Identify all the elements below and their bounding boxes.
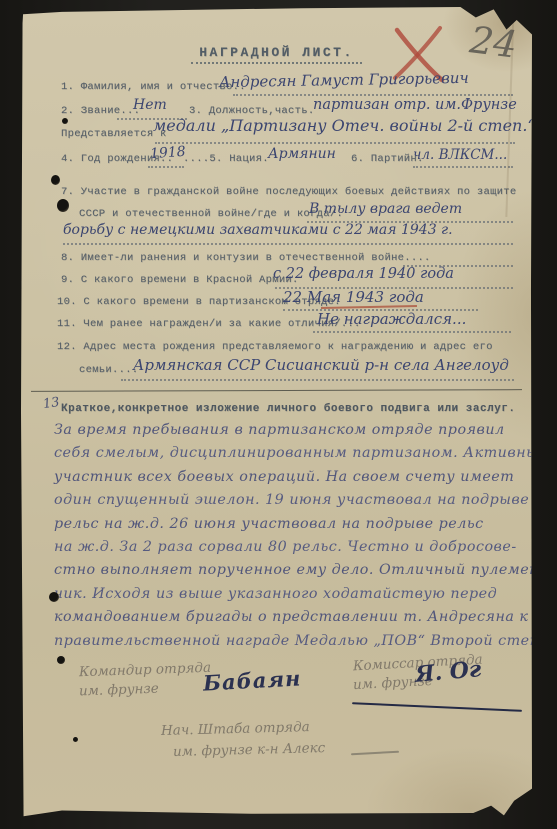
field-value-war-participation-2: борьбу с немецкими захватчиками с 22 мая… [63, 222, 453, 238]
field-value-partisan-since: 22 Мая 1943 года [283, 288, 424, 306]
dotted-leader [313, 329, 511, 333]
chief-of-staff-line2: им. фрунзе к-н Алекс [173, 740, 326, 760]
field-value-nationality: Армянин [268, 146, 336, 162]
citation-line: правительственной награде Медалью „ПОВ“ … [54, 630, 522, 653]
field-label-nominated: Представляется к [61, 128, 167, 140]
commander-title-line2: им. фрунзе [79, 681, 159, 700]
citation-line: один спущенный эшелон. 19 июня участвова… [54, 489, 522, 512]
document-title: НАГРАДНОЙ ЛИСТ. [21, 43, 532, 64]
dotted-leader [148, 164, 184, 168]
field-label-address-1: 12. Адрес места рождения представляемого… [57, 341, 493, 353]
ink-blot [62, 118, 68, 124]
citation-line: на ж.д. За 2 раза сорвали 80 рельс. Чест… [54, 536, 522, 559]
commissar-signature: Я. Ог [414, 656, 482, 688]
field-value-prior-awards: Не награждался... [317, 310, 466, 328]
field-label-war-participation-2: СССР и отечественной войне/где и когда/. [79, 208, 343, 220]
chief-of-staff-line1: Нач. Штаба отряда [161, 719, 310, 739]
field-value-address: Армянская ССР Сисианский р-н села Ангело… [133, 356, 509, 374]
dotted-leader [63, 241, 513, 245]
document-title-text: НАГРАДНОЙ ЛИСТ. [191, 45, 362, 64]
citation-text: За время пребывания в партизанском отряд… [54, 419, 522, 653]
ink-speck [73, 737, 78, 742]
field-label-wounds: 8. Имеет-ли ранения и контузии в отечест… [61, 252, 431, 264]
citation-line: рельс на ж.д. 26 июня участвовал на подр… [54, 513, 522, 536]
citation-line: участник всех боевых операций. На своем … [54, 466, 522, 489]
field-value-position: партизан отр. им.Фрунзе [313, 97, 517, 113]
dotted-leader [155, 140, 515, 144]
signature-underline [352, 702, 522, 712]
field-value-party: чл. ВЛКСМ... [413, 147, 507, 163]
field-value-name: Андресян Гамуст Григорьевич [219, 69, 469, 91]
dotted-leader [413, 164, 513, 168]
field-label-red-army-since: 9. С какого времени в Красной Армии. [61, 274, 299, 286]
dotted-leader [121, 377, 514, 381]
citation-line: командованием бригады о представлении т.… [54, 606, 522, 629]
dotted-leader [233, 92, 513, 96]
section-divider [31, 389, 522, 392]
citation-heading: Краткое,конкретное изложение личного бое… [61, 403, 515, 415]
field-value-birth-year: 1918 [149, 144, 186, 162]
signature-flourish [351, 751, 399, 756]
handwritten-section-number: 13 [42, 395, 60, 412]
citation-line: себя смелым, дисциплинированным партизан… [54, 442, 522, 465]
field-label-war-participation-1: 7. Участие в гражданской войне последующ… [61, 186, 516, 198]
award-sheet-scan: 24 НАГРАДНОЙ ЛИСТ. 1. Фамилия, имя и отч… [21, 7, 532, 817]
citation-line: стно выполняет порученное ему дело. Отли… [54, 559, 522, 582]
field-label-nationality: ....5. Нация. [183, 153, 269, 165]
field-label-address-2: семьи.... [79, 364, 138, 376]
field-value-war-participation-1: В тылу врага ведет [309, 201, 462, 217]
punch-hole [57, 199, 69, 212]
citation-line: чик. Исходя из выше указанного ходатайст… [54, 583, 522, 606]
ink-blot [57, 656, 65, 664]
field-value-red-army-since: с 22 февраля 1940 года [273, 266, 454, 282]
field-value-rank: Нет [133, 97, 167, 113]
ink-blot [49, 592, 59, 602]
punch-hole [51, 175, 60, 185]
commander-title-line1: Командир отряда [79, 660, 211, 681]
commander-signature: Бабаян [202, 665, 302, 695]
citation-line: За время пребывания в партизанском отряд… [54, 419, 522, 442]
field-value-nominated: медали „Партизану Отеч. войны 2-й степ.“ [153, 116, 536, 135]
